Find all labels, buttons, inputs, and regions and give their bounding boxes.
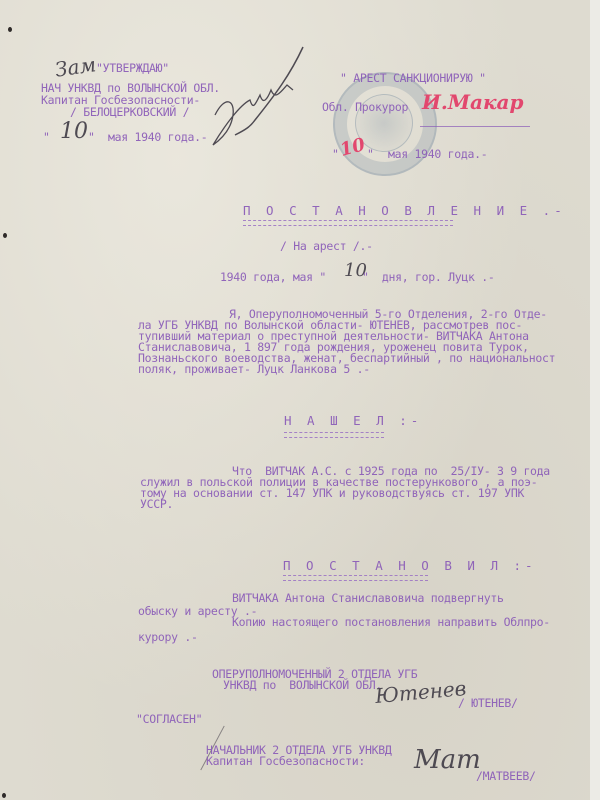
resolved-line: ВИТЧАКА Антона Станиславовича подвергнут… [232, 592, 504, 604]
resolved-line: Копию настоящего постановления направить… [232, 616, 550, 628]
approver-signature [195, 45, 315, 155]
found-underline [284, 432, 384, 438]
approval-date-rest: мая 1940 года.- [108, 131, 207, 143]
document-subtitle: / На арест /.- [280, 240, 373, 252]
sanction-date-quote-close: " [367, 148, 374, 160]
approver-name: / БЕЛОЦЕРКОВСКИЙ / [70, 106, 189, 118]
approval-date-day: 10 [60, 119, 88, 144]
found-heading: Н А Ш Е Л :- [284, 415, 422, 427]
officer-department: УНКВД по ВОЛЫНСКОЙ ОБЛ. [223, 679, 382, 691]
title-underline [243, 220, 453, 226]
date-place-prefix: 1940 года, мая " [220, 271, 326, 283]
officer-name: / ЮТЕНЕВ/ [458, 697, 518, 709]
chief-signature: Мат [414, 745, 481, 775]
chief-name: /МАТВЕЕВ/ [476, 770, 536, 782]
sanction-date-quote-open: " [332, 148, 339, 160]
found-line: тому на основании ст. 147 УПК и руководс… [140, 487, 524, 499]
prosecutor-signature: И.Макар [422, 90, 523, 114]
resolved-underline [283, 575, 428, 581]
approved-label: "УТВЕРЖДАЮ" [96, 62, 169, 74]
resolved-heading: П О С Т А Н О В И Л :- [283, 560, 537, 572]
signature-line [420, 126, 530, 127]
date-place-suffix: " дня, гор. Луцк .- [362, 271, 494, 283]
resolved-line: курору .- [138, 631, 198, 643]
document-title: П О С Т А Н О В Л Е Н И Е .- [243, 205, 566, 217]
chief-rank: Капитан Госбезопасности: [206, 755, 365, 767]
approval-date-quote-open: " [43, 131, 50, 143]
sanction-position: Обл. Прокурор [322, 101, 408, 113]
binder-hole [2, 793, 6, 798]
approval-date-quote-close: " [88, 131, 95, 143]
intro-line: поляк, проживает- Луцк Ланкова 5 .- [138, 363, 370, 375]
sanction-label: " АРЕСТ САНКЦИОНИРУЮ " [340, 72, 486, 84]
paper-edge [590, 0, 600, 800]
sanction-date-rest: мая 1940 года.- [388, 148, 487, 160]
binder-hole [8, 27, 12, 32]
found-line: УССР. [140, 498, 173, 510]
binder-hole [3, 233, 7, 238]
agreed-label: "СОГЛАСЕН" [136, 713, 202, 725]
